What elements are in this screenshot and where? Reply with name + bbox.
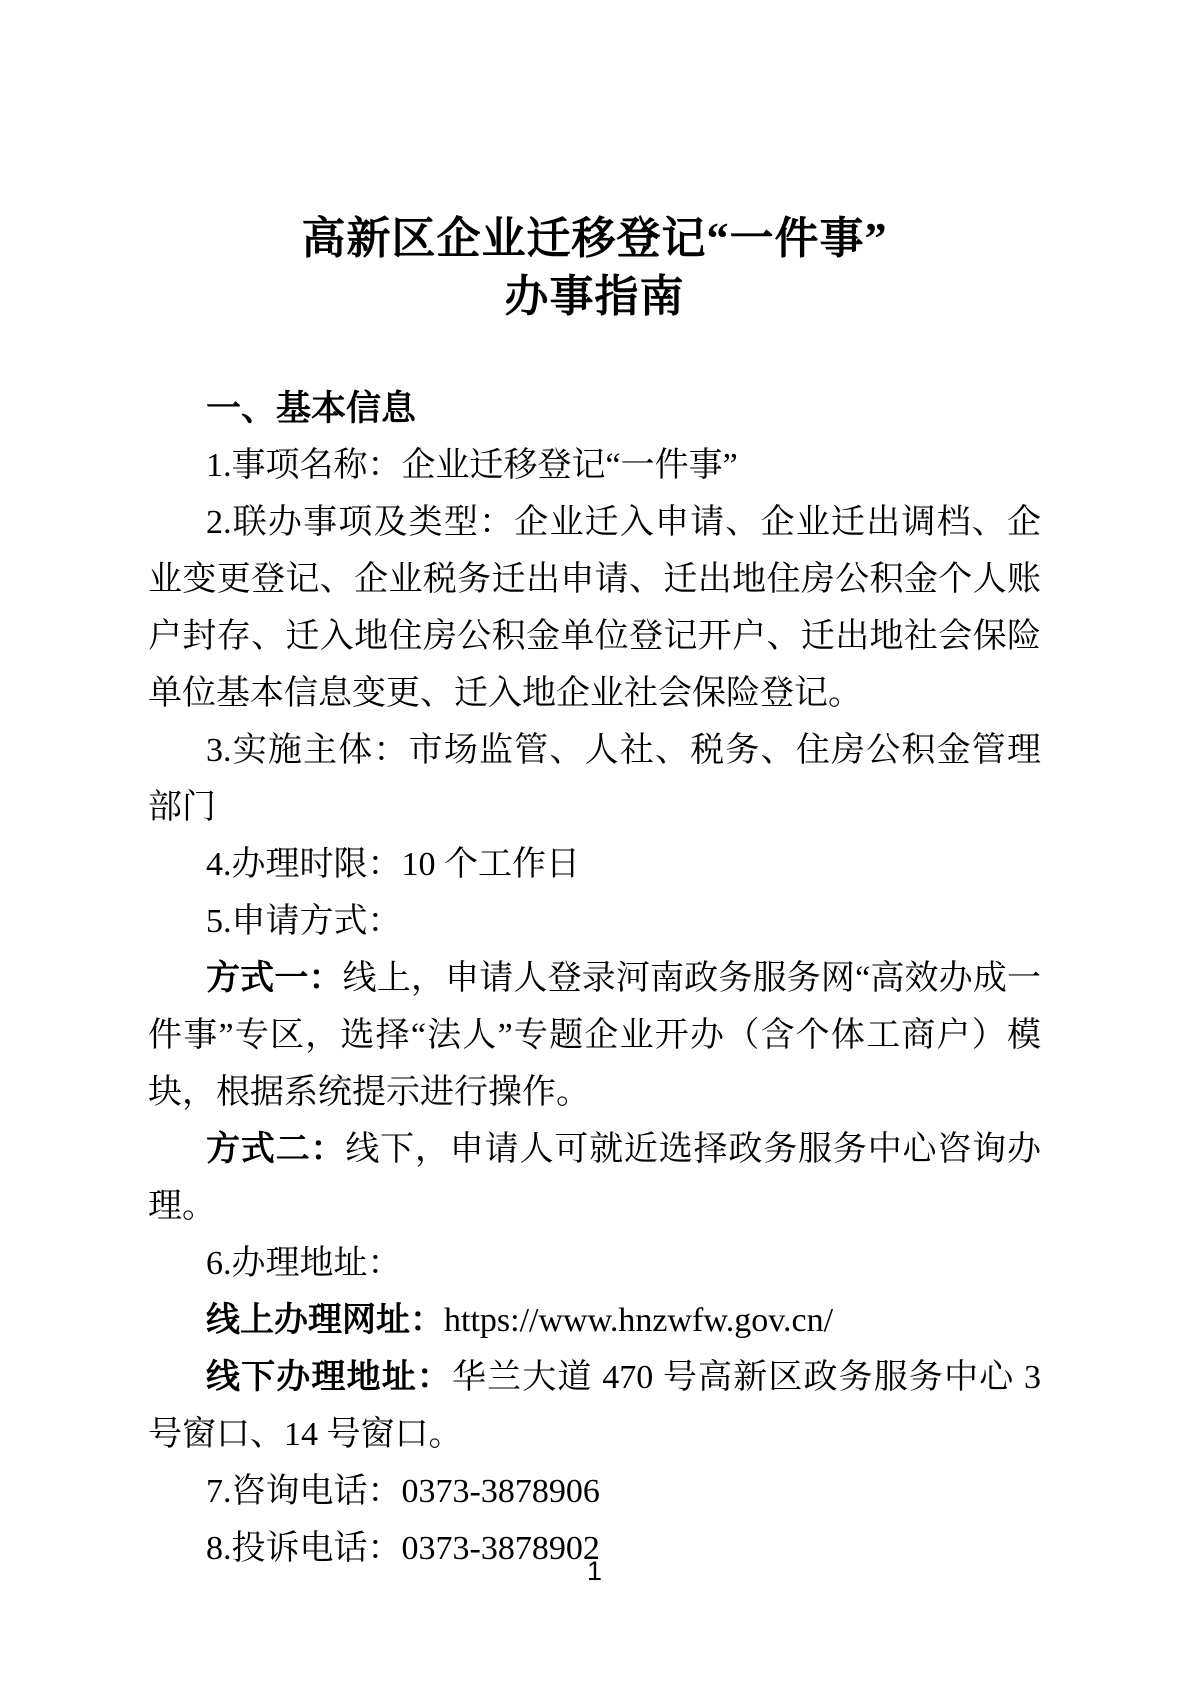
para-address-heading-text: 6.办理地址： [206,1245,402,1282]
para-application-methods: 5.申请方式： [148,893,1041,950]
para-online-url-label: 线上办理网址： [206,1302,444,1339]
para-time-limit-text: 4.办理时限：10 个工作日 [206,846,580,883]
para-consult-phone-text: 7.咨询电话：0373-3878906 [206,1473,600,1510]
para-offline-address: 线下办理地址：华兰大道 470 号高新区政务服务中心 3 号窗口、14 号窗口。 [148,1349,1041,1463]
doc-title-line-1: 高新区企业迁移登记“一件事” [148,210,1041,268]
para-time-limit: 4.办理时限：10 个工作日 [148,836,1041,893]
page-number: 1 [0,1556,1189,1587]
para-consult-phone: 7.咨询电话：0373-3878906 [148,1463,1041,1520]
document-title: 高新区企业迁移登记“一件事” 办事指南 [148,210,1041,326]
document-content: 高新区企业迁移登记“一件事” 办事指南 一、基本信息 1.事项名称：企业迁移登记… [148,210,1041,1577]
para-online-url: 线上办理网址：https://www.hnzwfw.gov.cn/ [148,1292,1041,1349]
para-method-1: 方式一：线上，申请人登录河南政务服务网“高效办成一件事”专区，选择“法人”专题企… [148,950,1041,1121]
para-online-url-text: https://www.hnzwfw.gov.cn/ [444,1302,833,1339]
para-joint-items-text: 2.联办事项及类型：企业迁入申请、企业迁出调档、企业变更登记、企业税务迁出申请、… [148,504,1041,712]
para-method-2: 方式二：线下，申请人可就近选择政务服务中心咨询办理。 [148,1121,1041,1235]
para-joint-items: 2.联办事项及类型：企业迁入申请、企业迁出调档、企业变更登记、企业税务迁出申请、… [148,494,1041,722]
para-item-name: 1.事项名称：企业迁移登记“一件事” [148,437,1041,494]
doc-title-line-2: 办事指南 [148,268,1041,326]
document-page: 高新区企业迁移登记“一件事” 办事指南 一、基本信息 1.事项名称：企业迁移登记… [0,0,1189,1683]
para-application-methods-text: 5.申请方式： [206,903,402,940]
para-implementing-bodies-text: 3.实施主体：市场监管、人社、税务、住房公积金管理部门 [148,732,1041,826]
para-offline-address-label: 线下办理地址： [206,1359,452,1396]
para-item-name-text: 1.事项名称：企业迁移登记“一件事” [206,447,738,484]
section-heading-basic-info: 一、基本信息 [148,380,1041,437]
para-method-2-label: 方式二： [206,1131,345,1168]
para-implementing-bodies: 3.实施主体：市场监管、人社、税务、住房公积金管理部门 [148,722,1041,836]
para-address-heading: 6.办理地址： [148,1235,1041,1292]
para-method-1-label: 方式一： [206,960,343,997]
